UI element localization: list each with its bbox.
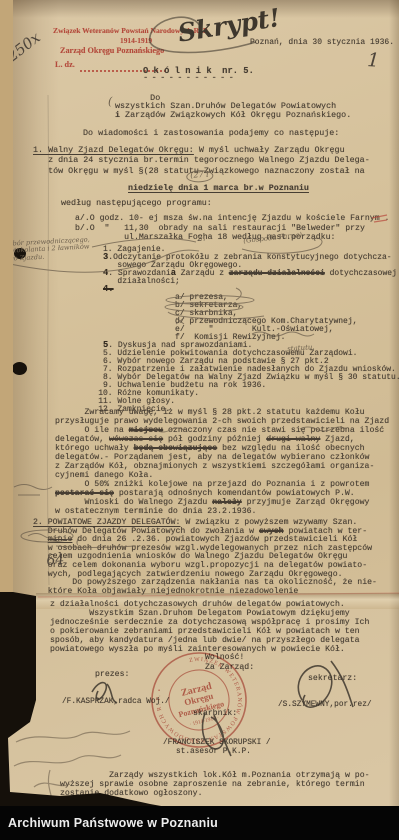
doc-line: postarać się postarają odnośnych komenda… [55, 489, 389, 498]
circular-title-rule: - - - - - - - - - - - [143, 73, 233, 83]
archive-watermark-label: Archiwum Państwowe w Poznaniu [0, 816, 218, 830]
doc-line: Do wiadomości i zastosowania podajemy co… [83, 128, 339, 138]
meeting-date-line: niedzielę dnia 1 marca br.w Poznaniu [128, 183, 309, 193]
doc-line: 1. Walny Zjazd Delegatów Okręgu: W myśl … [33, 145, 370, 155]
dateline: Poznań, dnia 30 stycznia 1936. [250, 38, 394, 47]
doc-line: delegatów, wówczas się pół godziny późni… [55, 435, 389, 444]
doc-line: które Koła objawiały niejednokrotnie nie… [33, 588, 377, 597]
adjacent-page-edge [0, 0, 14, 592]
doc-line: delegatów.- Porządanem jest, aby na dele… [55, 453, 389, 462]
final-paragraph: Zarządy wszystkich lok.Kół m.Poznania ot… [60, 772, 370, 799]
program-ab: a/.O godz. 10- ej msza św.na intencję Zj… [75, 214, 389, 243]
address-block: Dowszystkich Szan.Druhów Delegatów Powia… [115, 94, 351, 119]
letterhead-ldz: L. dz. [55, 60, 75, 69]
letterhead-board: Zarząd Okręgu Poznańskiego [60, 46, 164, 55]
doc-line: którego uchwały będą obowiązujące bez wz… [55, 444, 389, 453]
prezes-label: prezes: [95, 670, 129, 679]
sekretarz-name: /S.SZYMEWNY,por.rez/ [278, 701, 372, 709]
doc-line: Zwracamy uwagę, iż w myśl § 28 pkt.2 sta… [55, 408, 389, 417]
agenda-list: 1. Zagajenie. 3.Odczytanie protokółu z z… [55, 246, 399, 414]
doc-line: z dnia 24 stycznia br.termin tegoroczneg… [33, 155, 370, 165]
doc-line: przysługuje prawo wydelegowania 2-ch swo… [55, 417, 389, 426]
hand-note-insert-number: 2. [197, 234, 206, 244]
hand-note-margin-insert: Wybór przewodniczącego, protokolanta i 2… [2, 236, 91, 263]
archive-watermark-bar: Archiwum Państwowe w Poznaniu [0, 806, 399, 840]
doc-line: według następującego programu: [61, 198, 212, 208]
paper-sheet: Związek Weteranów Powstań Narodowych R. … [0, 0, 399, 840]
stamp-years: · 1914-1919 · [189, 715, 220, 728]
doc-line: a/.O godz. 10- ej msza św.na intencję Zj… [75, 214, 389, 224]
hand-note-paren2: ( [76, 537, 80, 547]
document-scan: Związek Weteranów Powstań Narodowych R. … [0, 0, 399, 840]
paper-left-shade [13, 0, 59, 600]
hand-note-paragraph-27: (27 i [186, 170, 214, 183]
doc-line: cyjnemi danego Koła. [55, 471, 389, 480]
intro-line: Do wiadomości i zastosowania podajemy co… [83, 128, 339, 138]
ink-blot [12, 362, 27, 375]
doc-line: i Zarządów Związkowych Kół Okręgu Poznań… [115, 111, 351, 119]
doc-line: z Zarządów Kół, obznajmionych z wszystki… [55, 462, 389, 471]
sekretarz-label: sekretarz: [308, 674, 357, 683]
paragraph-zwracamy: Zwracamy uwagę, iż w myśl § 28 pkt.2 sta… [55, 408, 389, 516]
doc-line: Wnioski do Walnego Zjazdu należy przyjmu… [55, 498, 389, 507]
doc-line: O 50% zniżki kolejowe na przejazd do Poz… [55, 480, 389, 489]
doc-line: b/.O " 11,30 obrady na sali restauracji … [75, 224, 389, 234]
doc-line: O ile na miejscu oznaczony czas nie staw… [55, 426, 389, 435]
paragraph-2: 2. POWIATOWE ZJAZDY DELEGATÓW: W związku… [33, 519, 377, 596]
hand-note-page-number: 1 [367, 50, 381, 72]
doc-line: zostanie dodatkowo ogłoszony. [60, 790, 370, 799]
doc-line: niedzielę dnia 1 marca br.w Poznaniu [128, 183, 309, 193]
hand-note-64: 64 [46, 553, 65, 570]
doc-line: ul.Marszałka Focha 18 według nast.porząd… [75, 233, 389, 243]
program-intro: według następującego programu: [61, 198, 212, 208]
doc-line: w ostatecznym terminie do dnia 23.2.1936… [55, 507, 389, 516]
letterhead-years: 1914-1919 [120, 37, 152, 45]
hand-note-paren: ( [108, 96, 112, 108]
